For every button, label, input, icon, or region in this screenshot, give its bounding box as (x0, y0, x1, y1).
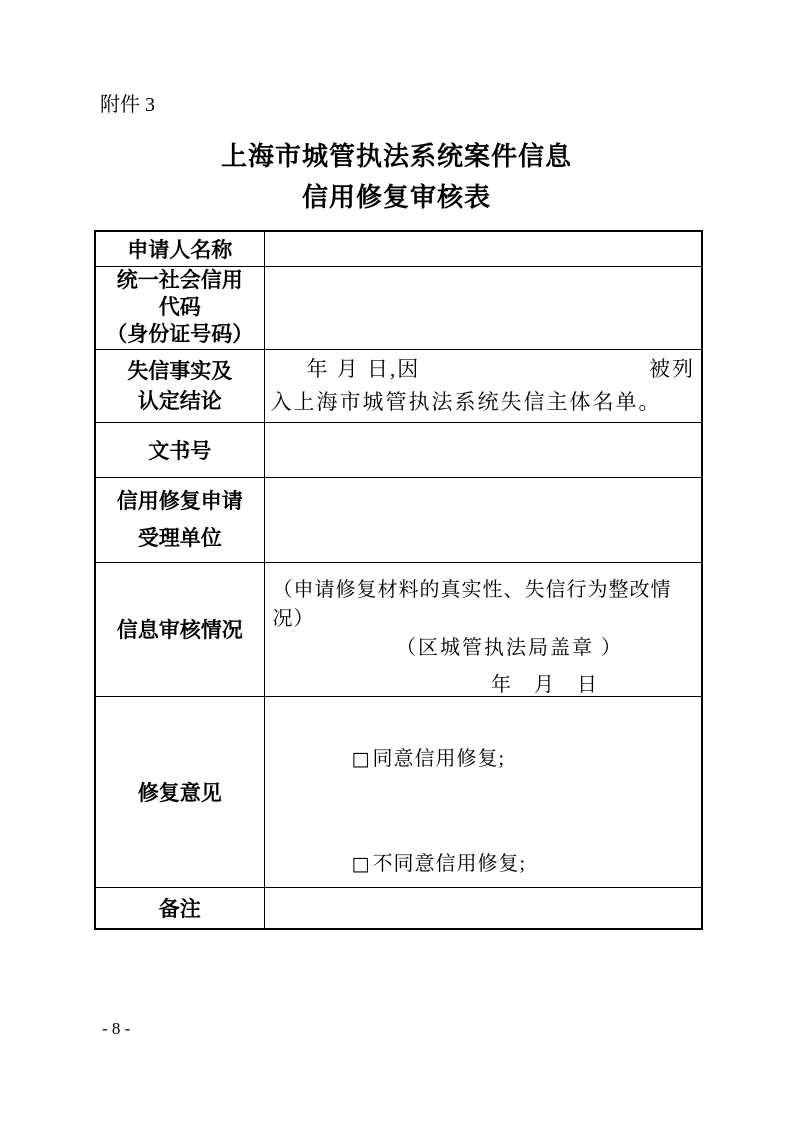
row-label-line: 受理单位 (100, 520, 260, 557)
row-value-applicant (264, 231, 702, 266)
table-row-accepting-unit: 信用修复申请 受理单位 (95, 477, 702, 562)
row-label-text: 备注 (100, 893, 260, 923)
row-value-facts: 年 月 日,因 被列 入上海市城管执法系统失信主体名单。 (264, 349, 702, 422)
row-label-line: （身份证号码） (100, 321, 260, 348)
row-value-credit-code (264, 266, 702, 349)
row-label-opinion: 修复意见 (95, 696, 264, 887)
row-label-line: 代码 (100, 294, 260, 321)
table-row-remarks: 备注 (95, 887, 702, 929)
document-title-line1: 上海市城管执法系统案件信息 (0, 136, 793, 173)
document-page: 附件 3 上海市城管执法系统案件信息 信用修复审核表 申请人名称 统一社会信用 … (0, 0, 793, 1122)
district-stamp-line: （区城管执法局盖章 ） (273, 631, 702, 660)
row-value-remarks (264, 887, 702, 929)
row-label-accepting-unit: 信用修复申请 受理单位 (95, 477, 264, 562)
review-date-line: 年 月 日 (273, 668, 702, 697)
row-label-doc-number: 文书号 (95, 422, 264, 477)
facts-line2: 入上海市城管执法系统失信主体名单。 (271, 386, 696, 419)
row-label-line: 认定结论 (100, 386, 260, 416)
option-label: 同意信用修复; (372, 748, 505, 770)
review-note-text: （申请修复材料的真实性、失信行为整改情况） (273, 573, 702, 631)
row-label-line: 失信事实及 (100, 356, 260, 386)
credit-repair-form-table: 申请人名称 统一社会信用 代码 （身份证号码） 失信事实及 认定结论 (94, 230, 703, 930)
facts-line1: 年 月 日,因 被列 (271, 353, 696, 386)
opinion-content: □同意信用修复; □不同意信用修复; □其他，。 （市城管执法局盖章 ） 年 月… (265, 697, 702, 885)
option-label: 不同意信用修复; (372, 853, 526, 875)
document-title-line2: 信用修复审核表 (0, 177, 793, 214)
page-number: - 8 - (102, 1019, 130, 1039)
row-label-line: 统一社会信用 (100, 267, 260, 294)
table-row-applicant: 申请人名称 (95, 231, 702, 266)
checkbox-icon[interactable]: □ (352, 853, 371, 875)
row-label-credit-code: 统一社会信用 代码 （身份证号码） (95, 266, 264, 349)
table-row-facts: 失信事实及 认定结论 年 月 日,因 被列 入上海市城管执法系统失信主体名单。 (95, 349, 702, 422)
table-row-info-review: 信息审核情况 （申请修复材料的真实性、失信行为整改情况） （区城管执法局盖章 ）… (95, 562, 702, 696)
row-label-line: 信用修复申请 (100, 483, 260, 520)
row-label-text: 申请人名称 (100, 234, 260, 264)
row-label-facts: 失信事实及 认定结论 (95, 349, 264, 422)
row-value-opinion: □同意信用修复; □不同意信用修复; □其他，。 （市城管执法局盖章 ） 年 月… (264, 696, 702, 887)
opinion-option-agree: □同意信用修复; (280, 707, 702, 812)
facts-line1-tail: 被列 (649, 353, 695, 386)
info-review-content: （申请修复材料的真实性、失信行为整改情况） （区城管执法局盖章 ） 年 月 日 (265, 563, 702, 694)
facts-date-clause: 年 月 日,因 (271, 353, 421, 386)
row-value-doc-number (264, 422, 702, 477)
row-label-applicant: 申请人名称 (95, 231, 264, 266)
row-label-info-review: 信息审核情况 (95, 562, 264, 696)
row-value-accepting-unit (264, 477, 702, 562)
table-row-opinion: 修复意见 □同意信用修复; □不同意信用修复; □其他，。 （市城管执法局盖章 … (95, 696, 702, 887)
checkbox-icon[interactable]: □ (352, 748, 371, 770)
row-label-text: 修复意见 (100, 777, 260, 807)
table-row-doc-number: 文书号 (95, 422, 702, 477)
table-row-credit-code: 统一社会信用 代码 （身份证号码） (95, 266, 702, 349)
opinion-option-disagree: □不同意信用修复; (280, 812, 702, 888)
row-label-text: 信息审核情况 (100, 614, 260, 644)
attachment-label: 附件 3 (100, 88, 155, 117)
row-label-remarks: 备注 (95, 887, 264, 929)
row-label-text: 文书号 (100, 435, 260, 465)
row-value-info-review: （申请修复材料的真实性、失信行为整改情况） （区城管执法局盖章 ） 年 月 日 (264, 562, 702, 696)
